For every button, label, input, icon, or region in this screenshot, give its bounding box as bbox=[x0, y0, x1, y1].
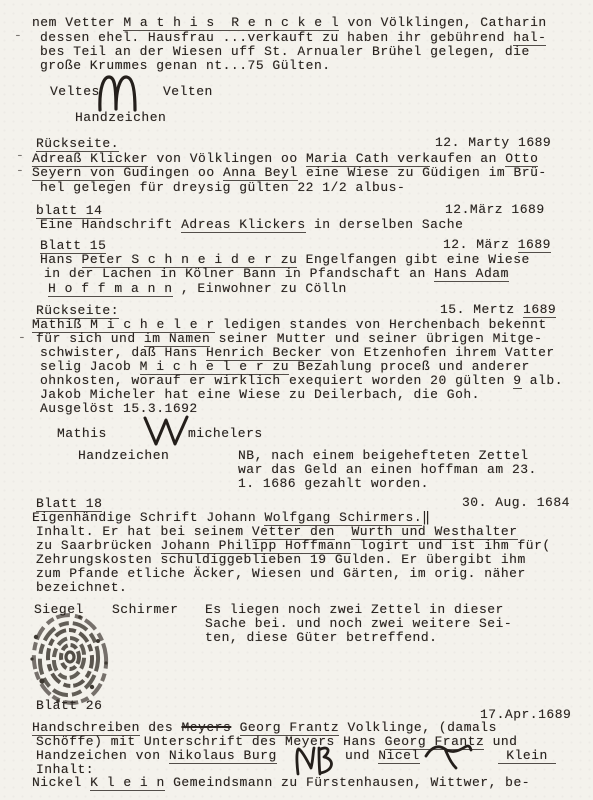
document-page: nem Vetter M a t h i s R e n c k e l von… bbox=[0, 0, 593, 800]
margin-dash: - bbox=[18, 330, 26, 345]
side-note: war das Geld an einen hoffman am 23. bbox=[238, 462, 537, 477]
entry-heading: Blatt 26 bbox=[36, 698, 102, 713]
schirmer-seal-fingerprint bbox=[28, 611, 112, 707]
text-line: Schöffe) mit Unterschrift des Meyers Han… bbox=[36, 734, 518, 749]
date-label: 15. Mertz 1689 bbox=[440, 302, 556, 317]
text-line: und Nicel bbox=[345, 748, 420, 763]
entry-heading: Blatt 18 bbox=[36, 496, 102, 511]
side-note: Es liegen noch zwei Zettel in dieser bbox=[205, 602, 504, 617]
date-label: 12. Marty 1689 bbox=[435, 135, 551, 150]
margin-dash: - bbox=[16, 148, 24, 163]
signature-name: Veltes bbox=[50, 84, 100, 99]
text-line: Ausgelöst 15.3.1692 bbox=[40, 401, 198, 416]
side-note: NB, nach einem beigehefteten Zettel bbox=[238, 448, 529, 463]
text-line: Eigenhändige Schrift Johann Wolfgang Sch… bbox=[32, 510, 431, 525]
text-line: Eine Handschrift Adreas Klickers in ders… bbox=[40, 217, 463, 232]
text-line: zum Pfande etliche Äcker, Wiesen und Gär… bbox=[36, 566, 526, 581]
handzeichen-label: Handzeichen bbox=[75, 110, 166, 125]
margin-dash: - bbox=[16, 163, 24, 178]
text-line: Jakob Micheler hat eine Wiese zu Deilerb… bbox=[40, 387, 480, 402]
signature-name: Schirmer bbox=[112, 602, 178, 617]
text-line: selig Jacob M i c h e l e r zu Bezahlung… bbox=[40, 359, 530, 374]
text-line: bes Teil an der Wiesen uff St. Arnualer … bbox=[40, 44, 530, 59]
date-label: 30. Aug. 1684 bbox=[462, 495, 570, 510]
date-label: 12. März 1689 bbox=[443, 237, 551, 252]
text-line: Adreaß Klicker von Völklingen oo Maria C… bbox=[32, 151, 538, 166]
text-line: in der Lachen in Kölner Bann in Pfandsch… bbox=[44, 266, 509, 281]
text-line: für sich und im Namen seiner Mutter und … bbox=[36, 331, 542, 346]
text-line: Hans Peter S c h n e i d e r zu Engelfan… bbox=[40, 252, 530, 267]
text-line: Inhalt. Er hat bei seinem Vetter den Wur… bbox=[36, 524, 518, 539]
side-note: 1. 1686 gezahlt worden. bbox=[238, 476, 429, 491]
text-line: Klein bbox=[498, 748, 556, 763]
text-line: Handzeichen von Nikolaus Burg bbox=[36, 748, 277, 763]
text-line: hel gelegen für dreysig gülten 22 1/2 al… bbox=[40, 180, 405, 195]
text-line: Handschreiben des Meyers Georg Frantz Vo… bbox=[32, 720, 497, 735]
text-line: schwister, daß Hans Henrich Becker von E… bbox=[40, 345, 555, 360]
signature-name: Mathis bbox=[57, 426, 107, 441]
entry-heading: Rückseite. bbox=[36, 136, 119, 151]
entry-heading: blatt 14 bbox=[36, 203, 102, 218]
siegel-label: Siegel bbox=[34, 602, 84, 617]
side-note: ten, diese Güter betreffend. bbox=[205, 630, 437, 645]
margin-dash: - bbox=[14, 28, 22, 43]
text-line: zu Saarbrücken Johann Philipp Hoffmann l… bbox=[36, 538, 551, 553]
text-line: bezeichnet. bbox=[36, 580, 127, 595]
michelers-handmark-icon bbox=[142, 415, 190, 447]
side-note: Sache bei. und noch zwei weitere Sei- bbox=[205, 616, 512, 631]
signature-name: Velten bbox=[163, 84, 213, 99]
text-line: Zehrungskosten schuldiggeblieben 19 Guld… bbox=[36, 552, 526, 567]
velten-handmark-icon bbox=[96, 74, 140, 112]
signature-name: michelers bbox=[188, 426, 263, 441]
text-line: Seyern von Gudingen oo Anna Beyl eine Wi… bbox=[32, 165, 547, 180]
text-line: nem Vetter M a t h i s R e n c k e l von… bbox=[32, 15, 547, 30]
entry-heading: Rückseite: bbox=[36, 303, 119, 318]
text-line: Nickel K l e i n Gemeindsmann zu Fürsten… bbox=[32, 775, 530, 790]
date-label: 12.März 1689 bbox=[445, 202, 545, 217]
text-line: Mathiß M i c h e l e r ledigen standes v… bbox=[32, 317, 547, 332]
handzeichen-label: Handzeichen bbox=[78, 448, 169, 463]
text-line: große Krummes genan nt...75 Gülten. bbox=[40, 58, 331, 73]
entry-heading: Blatt 15 bbox=[40, 238, 106, 253]
text-line: dessen ehel. Hausfrau ...verkauft zu hab… bbox=[40, 30, 546, 45]
text-line: H o f f m a n n , Einwohner zu Cölln bbox=[48, 281, 347, 296]
text-line: ohnkosten, worauf er wirklich exequiert … bbox=[40, 373, 563, 388]
